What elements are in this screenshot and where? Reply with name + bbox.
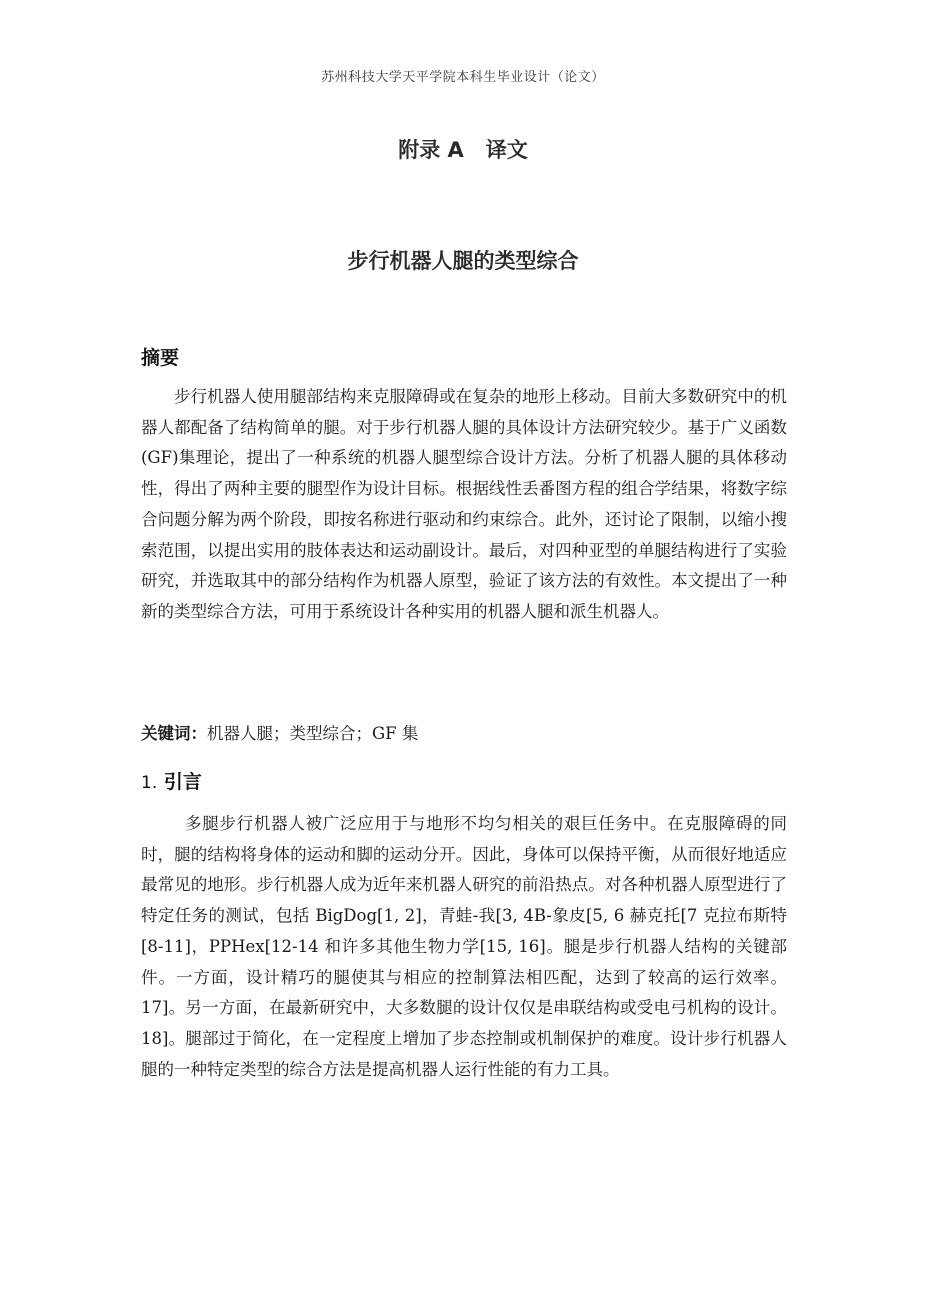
keywords-label: 关键词：	[141, 724, 207, 743]
introduction-heading: 1. 引言	[141, 767, 202, 794]
running-header: 苏州科技大学天平学院本科生毕业设计（论文）	[0, 66, 926, 85]
introduction-body: 多腿步行机器人被广泛应用于与地形不均匀相关的艰巨任务中。在克服障碍的同时，腿的结…	[141, 809, 787, 1085]
appendix-label: 附录 A	[398, 138, 464, 162]
section-number: 1.	[141, 773, 157, 793]
keywords-line: 关键词：机器人腿；类型综合；GF 集	[141, 720, 418, 744]
keywords-values: 机器人腿；类型综合；GF 集	[207, 724, 418, 743]
abstract-heading: 摘要	[141, 343, 179, 370]
appendix-subtitle: 译文	[486, 138, 528, 162]
section-title: 引言	[164, 771, 202, 793]
abstract-body: 步行机器人使用腿部结构来克服障碍或在复杂的地形上移动。目前大多数研究中的机器人都…	[141, 382, 787, 628]
appendix-title: 附录 A译文	[0, 134, 926, 164]
paper-title: 步行机器人腿的类型综合	[0, 245, 926, 275]
